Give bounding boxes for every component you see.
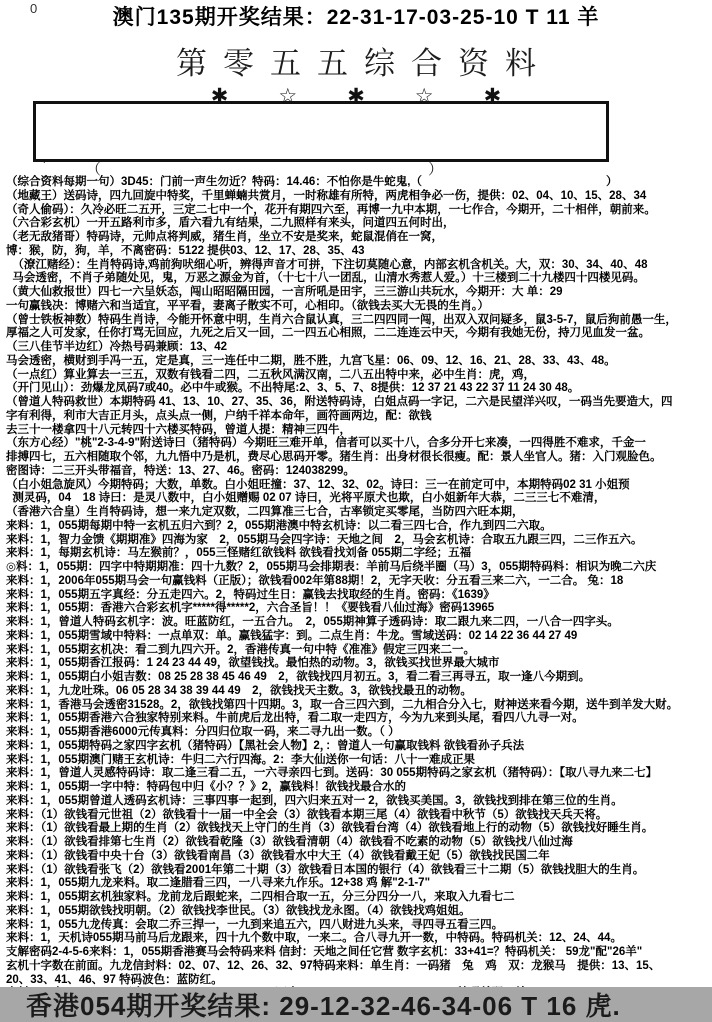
text-line: 来料：1，055期玄机独家料。龙前龙后跟蛇来，二四相合取一五，分三分四分一八，来… (6, 891, 710, 905)
text-line: 来料：1，香港马会透密31528。2，欲钱找第四十四期。3，取一合三四六到，二九… (6, 699, 710, 713)
text-line: （曾道人特码救世）本期特码 41、13、10、27、35、36，附送特码诗，白姐… (6, 396, 710, 410)
text-line: （黄大仙救报世）四七一六呈妖态，闯山昭昭隔田园，一言所吼是田宇，三三游山共玩水，… (6, 286, 710, 300)
text-line: （综合资料每期一句）3D45：门前一声生勿近？特码：14.46：不怕你是牛蛇鬼,… (6, 176, 710, 190)
text-line: （曾士铁板神数）特码生肖诗，今能开怀意中明，生肖六合鼠认真，三二四四同一闯，出双… (6, 314, 710, 328)
star-icon: ☆ (278, 84, 297, 106)
text-line: 来料：1，055期每期中特一玄机五归六到？2，055期港澳中特玄机诗：以二看三四… (6, 520, 710, 534)
text-line: ◎料：1，055期：四字中特期期准：四十九数？2，055期马会排期表：羊前马后绕… (6, 561, 710, 575)
text-line: 来料：1，天机诗055期马前马后龙跟来，四十九个数中取，一来二。合八寻九开一数，… (6, 932, 710, 946)
text-line: 来料：1，智力金馈《期期准》四海为家 2，055期马会四字诗：天地之间 2，马会… (6, 534, 710, 548)
text-line: 来料：（1）欲钱看元世祖（2）欲钱看十一届一中全会（3）欲钱看本期三尾（4）欲钱… (6, 809, 710, 823)
text-line: 来料：1，055期雪域中特料：一点单双：单。赢钱猛字：到。二点生肖：牛龙。雪域送… (6, 630, 710, 644)
text-line: 来料：1，055期香港六合独家特别来料。牛前虎后龙出特，看二取一走四方，今为九来… (6, 712, 710, 726)
text-line: 来料：1，055期：香港六合彩玄机字*****得*****2，六合圣旨！！《要钱… (6, 602, 710, 616)
text-line: 来料：1，055九龙传真：会取二乔三捍一，一九到来追五六，四八财进九头来，寻四寻… (6, 919, 710, 933)
text-line: 一句赢钱决：博赌六和当适宜，平平看，妻离子散实不可，心相印。（欲钱去买大无畏的生… (6, 300, 710, 314)
text-line: （六合彩玄机）一开五路利市多，盾六看九有结果，二九照样有来头，问道四五何时出， (6, 217, 710, 231)
text-line: 来料：1，055期五字真经：分五走四六。2，特码过生日：赢钱去找取经的生肖。密码… (6, 589, 710, 603)
page-title: 第零五五综合资料 (0, 38, 712, 83)
text-line: （东方心经）"桃"2-3-4-9"附送诗曰（猪特码）今期旺三难开单，信者可以买十… (6, 437, 710, 451)
text-line: （地藏王）送码诗，四九回旋中特奖，千里蝉蝻共赏月，一时称雄有所特，两虎相争必一伤… (6, 190, 710, 204)
text-line: （潦江赌经）：生肖特码诗,鸡前狗吠细心听，辨得声音才可拼，下注切莫随心意，内部玄… (6, 259, 710, 273)
text-line: 马会透密，横财到手冯一五，定是真，三一连任中二期，胜不胜，九宫飞星：06、09、… (6, 355, 710, 369)
star-icon: ✱ (211, 84, 229, 106)
text-line: （三八佳节半边红）冷热号码兼顾：13、42 (6, 341, 710, 355)
text-line: 来料：（1）欲钱看张飞（2）欲钱看2001年第二十期（3）欲钱看日本国的银行（4… (6, 864, 710, 878)
text-line: （一点红）算业算去一三五，双数有钱看二四，二五秋风满汉南，二八五出特中来，必中生… (6, 369, 710, 383)
hongkong-result-footer-bar: 香港054期开奖结果: 29-12-32-46-34-06 T 16 虎. (0, 987, 712, 1022)
hongkong-result-text: 香港054期开奖结果: 29-12-32-46-34-06 T 16 虎. (0, 986, 621, 1022)
text-line: 来料：1，九龙吐珠。06 05 28 34 38 39 44 49 2，欲钱找天… (6, 685, 710, 699)
text-line: （开门见山）：劲爆龙凤码7或40。必中牛或猴。不出特尾:2、3、5、7、8提供：… (6, 382, 710, 396)
text-line: 去三十一楼拿四十八元转四十六楼买特码，曾道人提：精神三四牛， (6, 424, 710, 438)
text-line: 马会透密，不肖子弟随处见，鬼，万恶之源金为首，（十七十八一团乱，山清水秀惹人爱。… (6, 272, 710, 286)
paren-decoration-row: 7 （ ） (0, 162, 712, 175)
text-line: （香港六合皇）生肖特码诗，想一来九定双数，二四算准三七合，古率锁定买零尾，当防四… (6, 506, 710, 520)
text-line: 来料：1，055期澳门赌王玄机诗：牛归二六行四海。2：李大仙送你一句话：八十一难… (6, 754, 710, 768)
text-line: 博：猴，防，狗，羊，不离密码：5122 提供03、12、17、28、35、43 (6, 245, 710, 259)
text-line: 字有利得，利市大吉正月头，点头点一侧，户纳千祥本命年，画符画两边，配：欲钱 (6, 410, 710, 424)
text-line: 来料：1，055期香港6000元传真料：分四归位取一码，来二寻九出一数。（ ） (6, 726, 710, 740)
text-line: 密图诗：二三开头带福音，特送：13、27、46。密码：124038299。 (6, 465, 710, 479)
lottery-info-sheet: { "page": { "corner_mark": "0", "header"… (0, 0, 712, 1022)
page-corner-mark: 0 (30, 1, 37, 16)
text-line: 测灵码，04 18 诗曰：是灵八数中，白小姐赠赐 02 07 诗曰，光将平原犬也… (6, 492, 710, 506)
text-line: 来料：1，055期白小姐吉数：08 25 28 38 45 46 49 2，欲钱… (6, 671, 710, 685)
star-icon: ✱ (347, 84, 365, 106)
text-line: 来料：1，每期玄机诗：马左猴前？，055三怪赌红欲钱料 欲钱看找刘备 055期二… (6, 547, 710, 561)
macau-result-header: 澳门135期开奖结果：22-31-17-03-25-10 T 11 羊 (0, 0, 712, 31)
text-line: （奇人偷码）：久冷必旺二五开，三定二七中一个，花开有期四六至，再博一九中本期，一… (6, 204, 710, 218)
text-line: 来料：（1）欲钱看排第七生肖（2）欲钱看乾隆（3）欲钱看清朝（4）欲钱看不吃素的… (6, 836, 710, 850)
text-line: 玄机十字数在前面。九龙信封料：02、07、12、26、32、97特码来料：单生肖… (6, 960, 710, 974)
blank-content-box (33, 101, 609, 162)
text-line: 支解密码2-4-5-6来料：1，055期香港赛马会特码来料 信封：天地之间任它营… (6, 946, 710, 960)
text-line: 来料：1，055期香江报码：1 24 23 44 49，欲望钱找。最怕热的动物。… (6, 657, 710, 671)
text-line: 排搏四七，五六相随取个邻，九九悟中乃是机，费尽心思码开零。猪生肖：出身材很长很瘦… (6, 451, 710, 465)
text-line: （老无敌猪哥）特码诗，元帅点将判威，猪生肖，坐立不安是奖来，蛇鼠混俏在一窝， (6, 231, 710, 245)
text-line: 来料：1，055期欲钱找明朝。（2）欲钱找李世民。（3）欲钱找龙永图。（4）欲钱… (6, 905, 710, 919)
text-line: （白小姐急旋风）今期特码；大数，单数。白小姐旺撞：37、12、32、02。诗曰：… (6, 479, 710, 493)
text-line: 来料：1，曾道人灵感特码诗：取二逢三看二五，一六寻亲四七到。送码：30 055期… (6, 767, 710, 781)
star-icon: ☆ (415, 84, 434, 106)
star-icon: ✱ (484, 84, 502, 106)
text-line: 来料：1，055期九龙来料。取二逢腊看三四，一八寻来九作乐。12+38 鸡 解"… (6, 877, 710, 891)
text-line: 来料：1，2006年055期马会一句赢钱料（正版）；欲钱看002年第88期！2，… (6, 575, 710, 589)
text-line: 来料：（1）欲钱看最上期的生肖（2）欲钱找天上守门的生肖（3）欲钱看台湾（4）欲… (6, 822, 710, 836)
text-line: 来料：1，055期玄机决：看二到九四六开。2，香港传真一句中特《准准》假定三四来… (6, 644, 710, 658)
text-line: 来料：1，曾道人特码玄机字：波。旺蓝防红，一五合九。 2，055期神算子透码诗：… (6, 616, 710, 630)
text-line: 厚福之人可发家，任你打骂无回应，九死之后又一回，二一四五心相照，二二连连云中天，… (6, 327, 710, 341)
text-line: 来料：1，055期一字中特：特码包中归《小？？》2，赢钱料！欲钱找最合水的 (6, 781, 710, 795)
text-line: 来料：1，055期曾道人透码玄机诗：三事四事一起到，四六归来五对一 2，欲钱买美… (6, 795, 710, 809)
text-line: 来料：（1）欲钱看中央十台（3）欲钱看南昌（3）欲钱看水中大王（4）欲钱看戴王妃… (6, 850, 710, 864)
stars-decoration: ✱☆✱☆✱ (0, 84, 712, 106)
info-text-block: （综合资料每期一句）3D45：门前一声生勿近？特码：14.46：不怕你是牛蛇鬼,… (0, 175, 712, 1001)
text-line: 来料：1，055期特码之家四字玄机（猪特码）【黑社会人物】2，：曾道人一句赢取钱… (6, 740, 710, 754)
